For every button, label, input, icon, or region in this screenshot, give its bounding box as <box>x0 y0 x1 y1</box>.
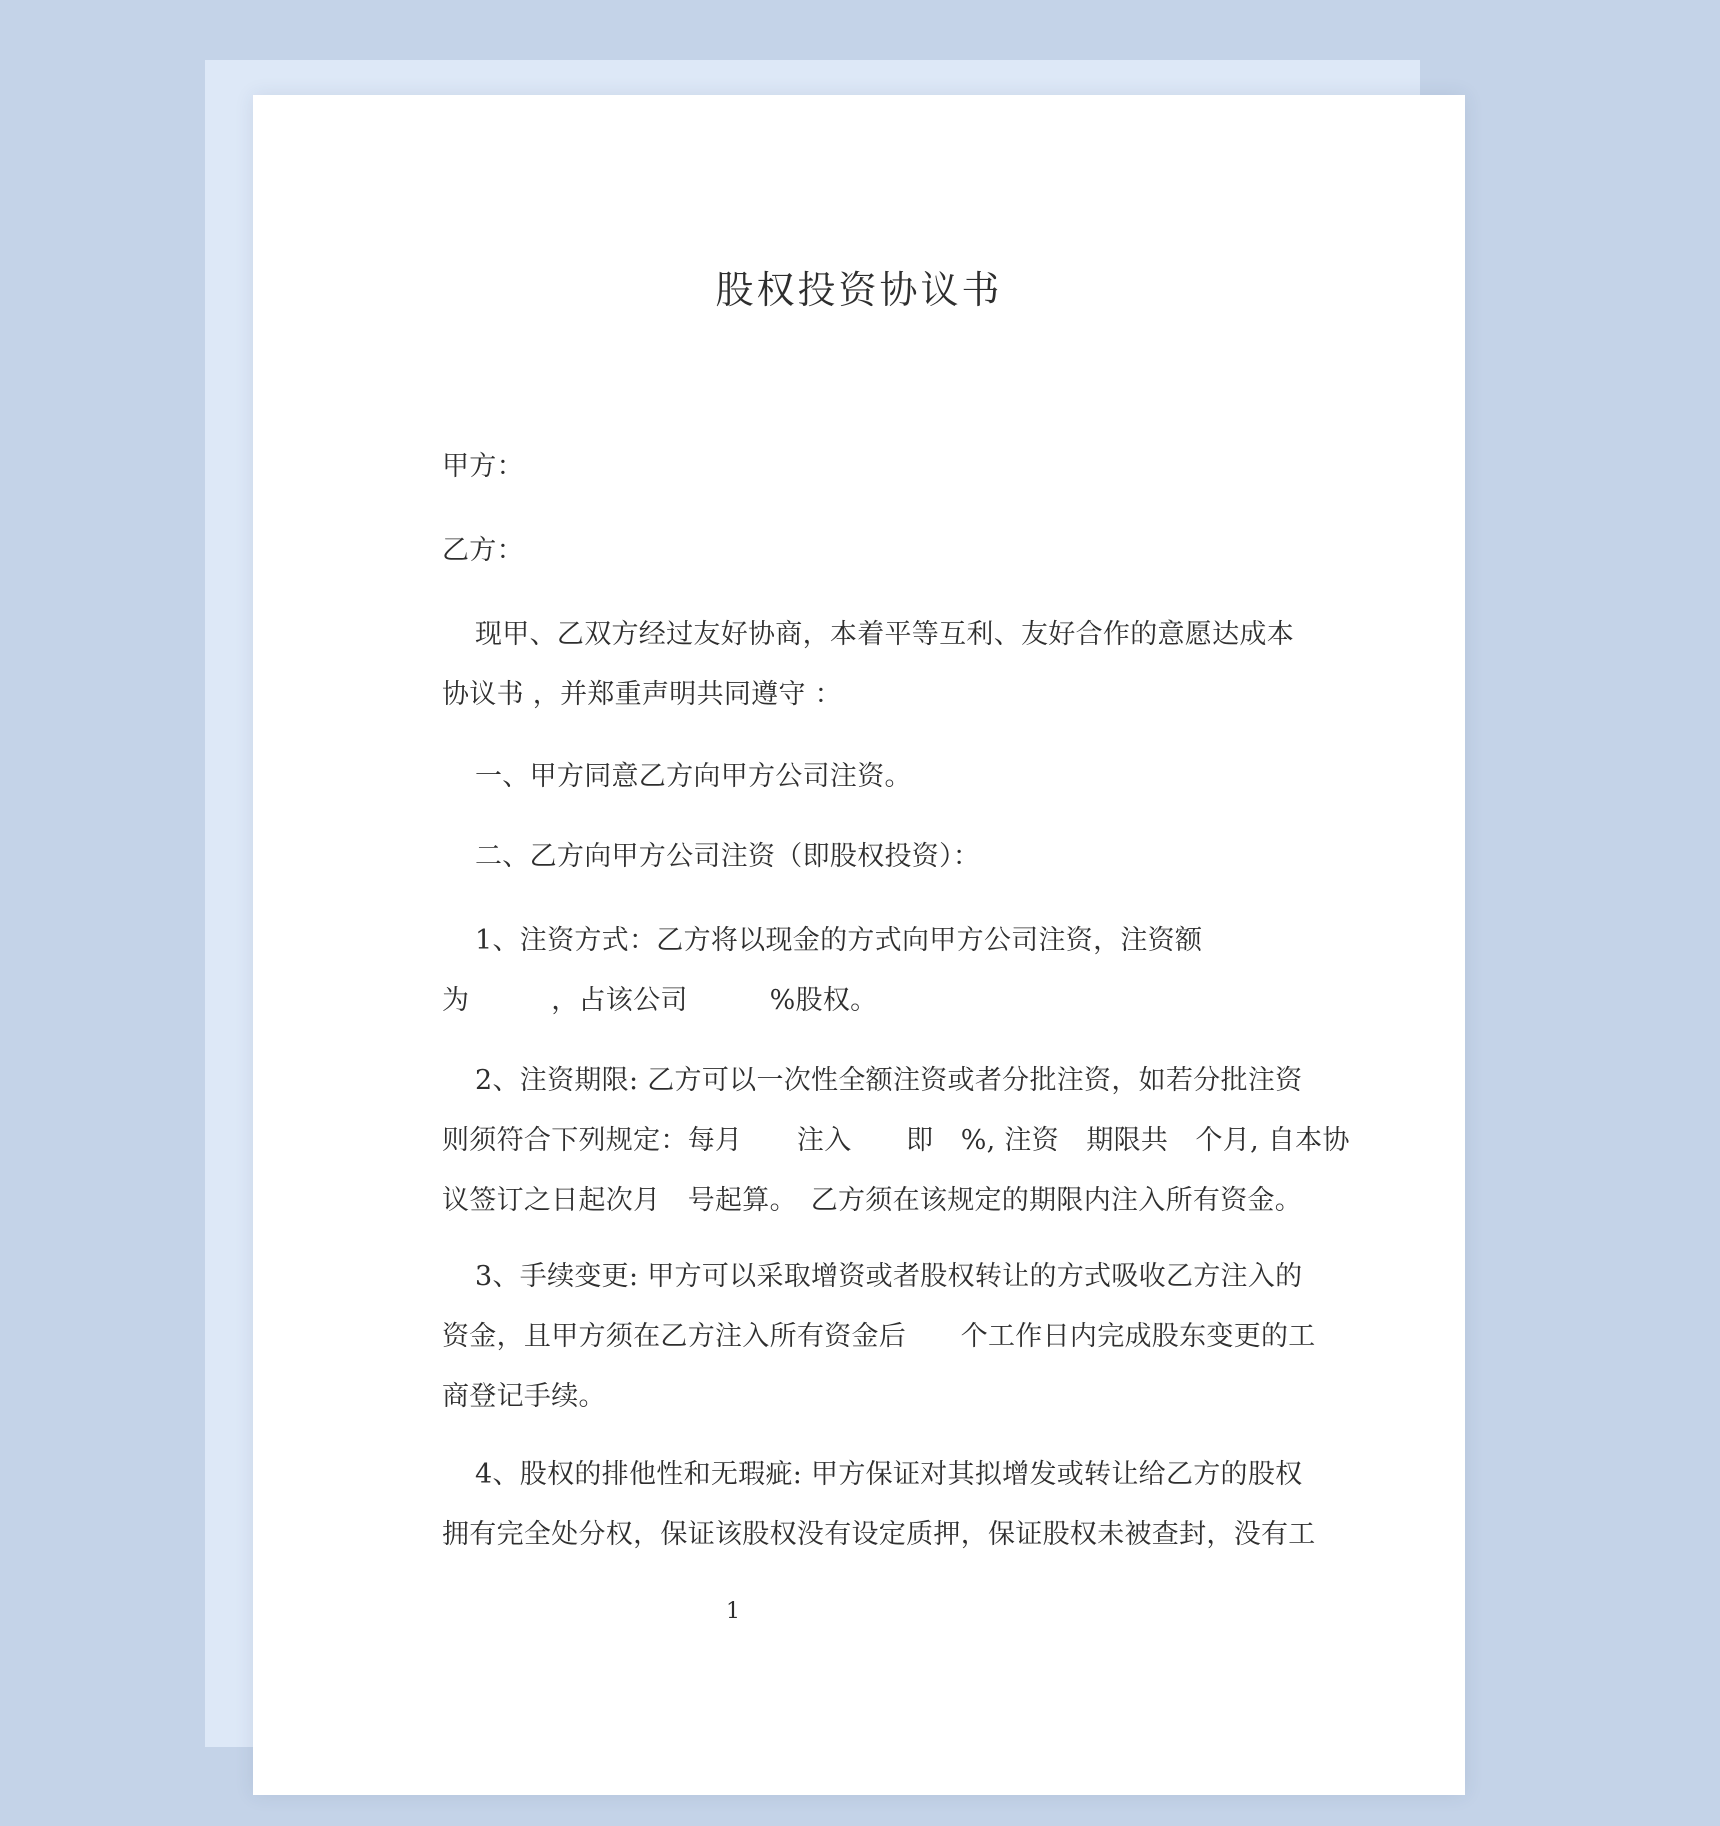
paragraph-clause-2-4: 4、股权的排他性和无瑕疵: 甲方保证对其拟增发或转让给乙方的股权 拥有完全处分权… <box>442 1445 1352 1565</box>
paragraph-clause-2-3: 3、手续变更: 甲方可以采取增资或者股权转让的方式吸收乙方注入的 资金，且甲方须… <box>442 1247 1352 1427</box>
paragraph-clause-2: 二、乙方向甲方公司注资（即股权投资）： <box>442 827 1352 887</box>
document-page: 股权投资协议书 甲方： 乙方： 现甲、乙双方经过友好协商，本着平等互利、友好合作… <box>253 95 1465 1795</box>
page-title: 股权投资协议书 <box>253 262 1465 318</box>
paragraph-preamble: 现甲、乙双方经过友好协商，本着平等互利、友好合作的意愿达成本 协议书 ，并郑重声… <box>442 605 1352 725</box>
paragraph-clause-1: 一、甲方同意乙方向甲方公司注资。 <box>442 747 1352 807</box>
paragraph-clause-2-2: 2、注资期限: 乙方可以一次性全额注资或者分批注资，如若分批注资 则须符合下列规… <box>442 1051 1352 1231</box>
page-number: 1 <box>683 1594 783 1630</box>
paragraph-party-a: 甲方： <box>442 437 1352 497</box>
paragraph-party-b: 乙方： <box>442 521 1352 581</box>
paragraph-clause-2-1: 1、注资方式：乙方将以现金的方式向甲方公司注资，注资额 为 ，占该公司 %股权。 <box>442 911 1352 1031</box>
document-stage: 股权投资协议书 甲方： 乙方： 现甲、乙双方经过友好协商，本着平等互利、友好合作… <box>0 0 1720 1826</box>
